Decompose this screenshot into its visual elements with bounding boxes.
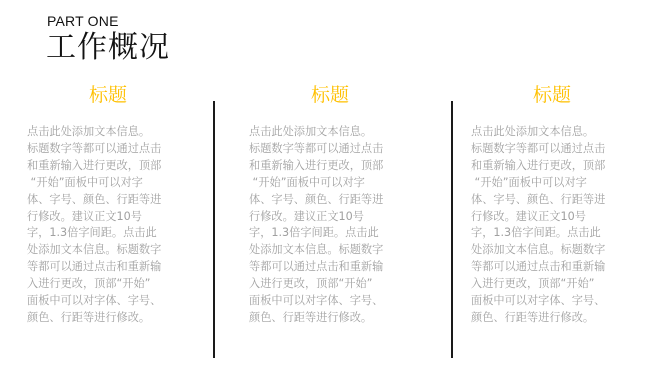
- page-title: 工作概况: [46, 30, 170, 66]
- column-heading: 标题: [27, 82, 189, 108]
- content-column-1: 标题 点击此处添加文本信息。 标题数字等都可以通过点击 和重新输入进行更改，顶部…: [27, 82, 189, 327]
- column-divider: [451, 101, 453, 358]
- slide: PART ONE 工作概况 标题 点击此处添加文本信息。 标题数字等都可以通过点…: [0, 0, 668, 376]
- column-heading: 标题: [249, 82, 411, 108]
- column-body-text: 点击此处添加文本信息。 标题数字等都可以通过点击 和重新输入进行更改，顶部 “开…: [27, 124, 189, 327]
- content-column-3: 标题 点击此处添加文本信息。 标题数字等都可以通过点击 和重新输入进行更改，顶部…: [471, 82, 633, 327]
- column-heading: 标题: [471, 82, 633, 108]
- column-body-text: 点击此处添加文本信息。 标题数字等都可以通过点击 和重新输入进行更改，顶部 “开…: [471, 124, 633, 327]
- part-label: PART ONE: [47, 13, 119, 29]
- content-column-2: 标题 点击此处添加文本信息。 标题数字等都可以通过点击 和重新输入进行更改，顶部…: [249, 82, 411, 327]
- column-body-text: 点击此处添加文本信息。 标题数字等都可以通过点击 和重新输入进行更改，顶部 “开…: [249, 124, 411, 327]
- column-divider: [213, 101, 215, 358]
